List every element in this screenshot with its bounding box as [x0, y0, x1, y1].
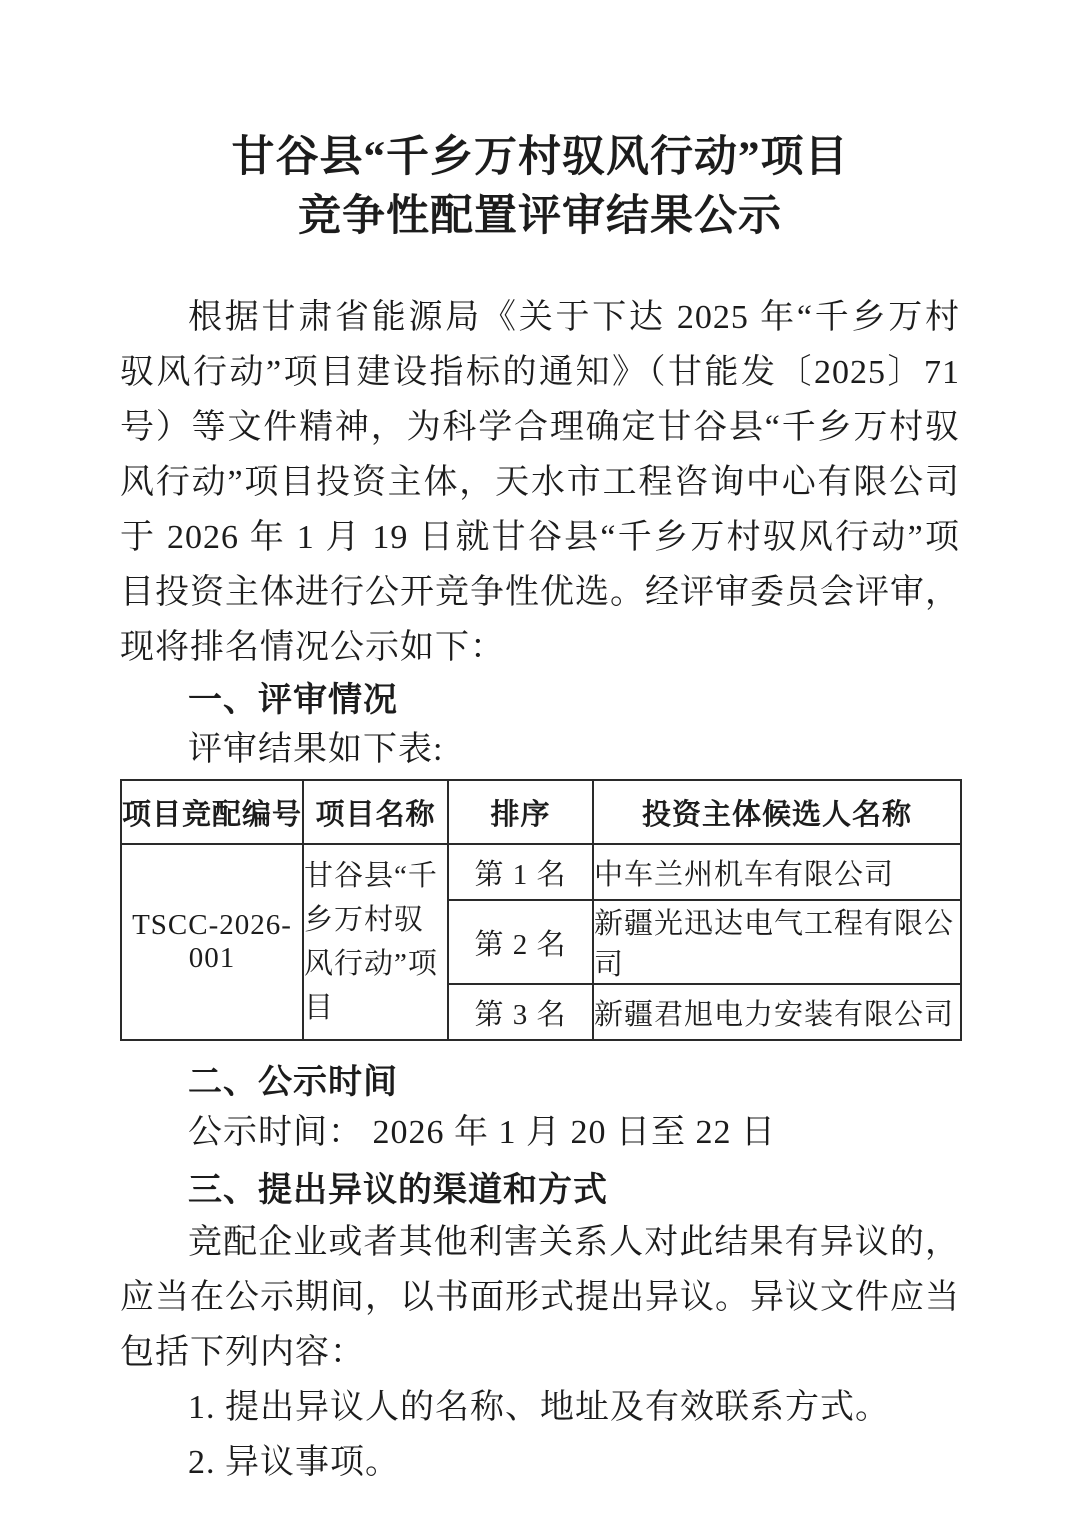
section2-heading: 二、公示时间 — [120, 1057, 960, 1107]
intro-paragraph: 根据甘肃省能源局《关于下达 2025 年“千乡万村驭风行动”项目建设指标的通知》… — [120, 290, 960, 675]
document-title-line-2: 竞争性配置评审结果公示 — [120, 187, 960, 246]
objection-paragraph: 竞配企业或者其他利害关系人对此结果有异议的，应当在公示期间，以书面形式提出异议。… — [120, 1215, 960, 1380]
table-header-row: 项目竞配编号 项目名称 排序 投资主体候选人名称 — [121, 780, 961, 844]
header-project-id: 项目竞配编号 — [121, 780, 303, 844]
document-body: 甘谷县“千乡万村驭风行动”项目 竞争性配置评审结果公示 根据甘肃省能源局《关于下… — [0, 0, 1080, 1490]
project-id-cell: TSCC-2026-001 — [121, 844, 303, 1040]
table-row: TSCC-2026-001 甘谷县“千乡万村驭风行动”项目 第 1 名 中车兰州… — [121, 844, 961, 900]
publicity-period-line: 公示时间： 2026 年 1 月 20 日至 22 日 — [120, 1107, 960, 1159]
review-results-table: 项目竞配编号 项目名称 排序 投资主体候选人名称 TSCC-2026-001 甘… — [120, 779, 962, 1041]
candidate-cell-3: 新疆君旭电力安装有限公司 — [593, 984, 961, 1040]
candidate-cell-1: 中车兰州机车有限公司 — [593, 844, 961, 900]
section3-heading: 三、提出异议的渠道和方式 — [120, 1165, 960, 1215]
table-note: 评审结果如下表: — [120, 725, 960, 775]
rank-cell-1: 第 1 名 — [448, 844, 593, 900]
objection-item-1: 1. 提出异议人的名称、地址及有效联系方式。 — [120, 1380, 960, 1435]
header-project-name: 项目名称 — [303, 780, 448, 844]
rank-cell-2: 第 2 名 — [448, 900, 593, 984]
objection-item-2: 2. 异议事项。 — [120, 1435, 960, 1490]
project-name-cell: 甘谷县“千乡万村驭风行动”项目 — [303, 844, 448, 1040]
header-candidate: 投资主体候选人名称 — [593, 780, 961, 844]
header-rank: 排序 — [448, 780, 593, 844]
document-title-line-1: 甘谷县“千乡万村驭风行动”项目 — [120, 128, 960, 187]
rank-cell-3: 第 3 名 — [448, 984, 593, 1040]
candidate-cell-2: 新疆光迅达电气工程有限公司 — [593, 900, 961, 984]
document-page: 甘谷县“千乡万村驭风行动”项目 竞争性配置评审结果公示 根据甘肃省能源局《关于下… — [0, 0, 1080, 1527]
section1-heading: 一、评审情况 — [120, 675, 960, 725]
